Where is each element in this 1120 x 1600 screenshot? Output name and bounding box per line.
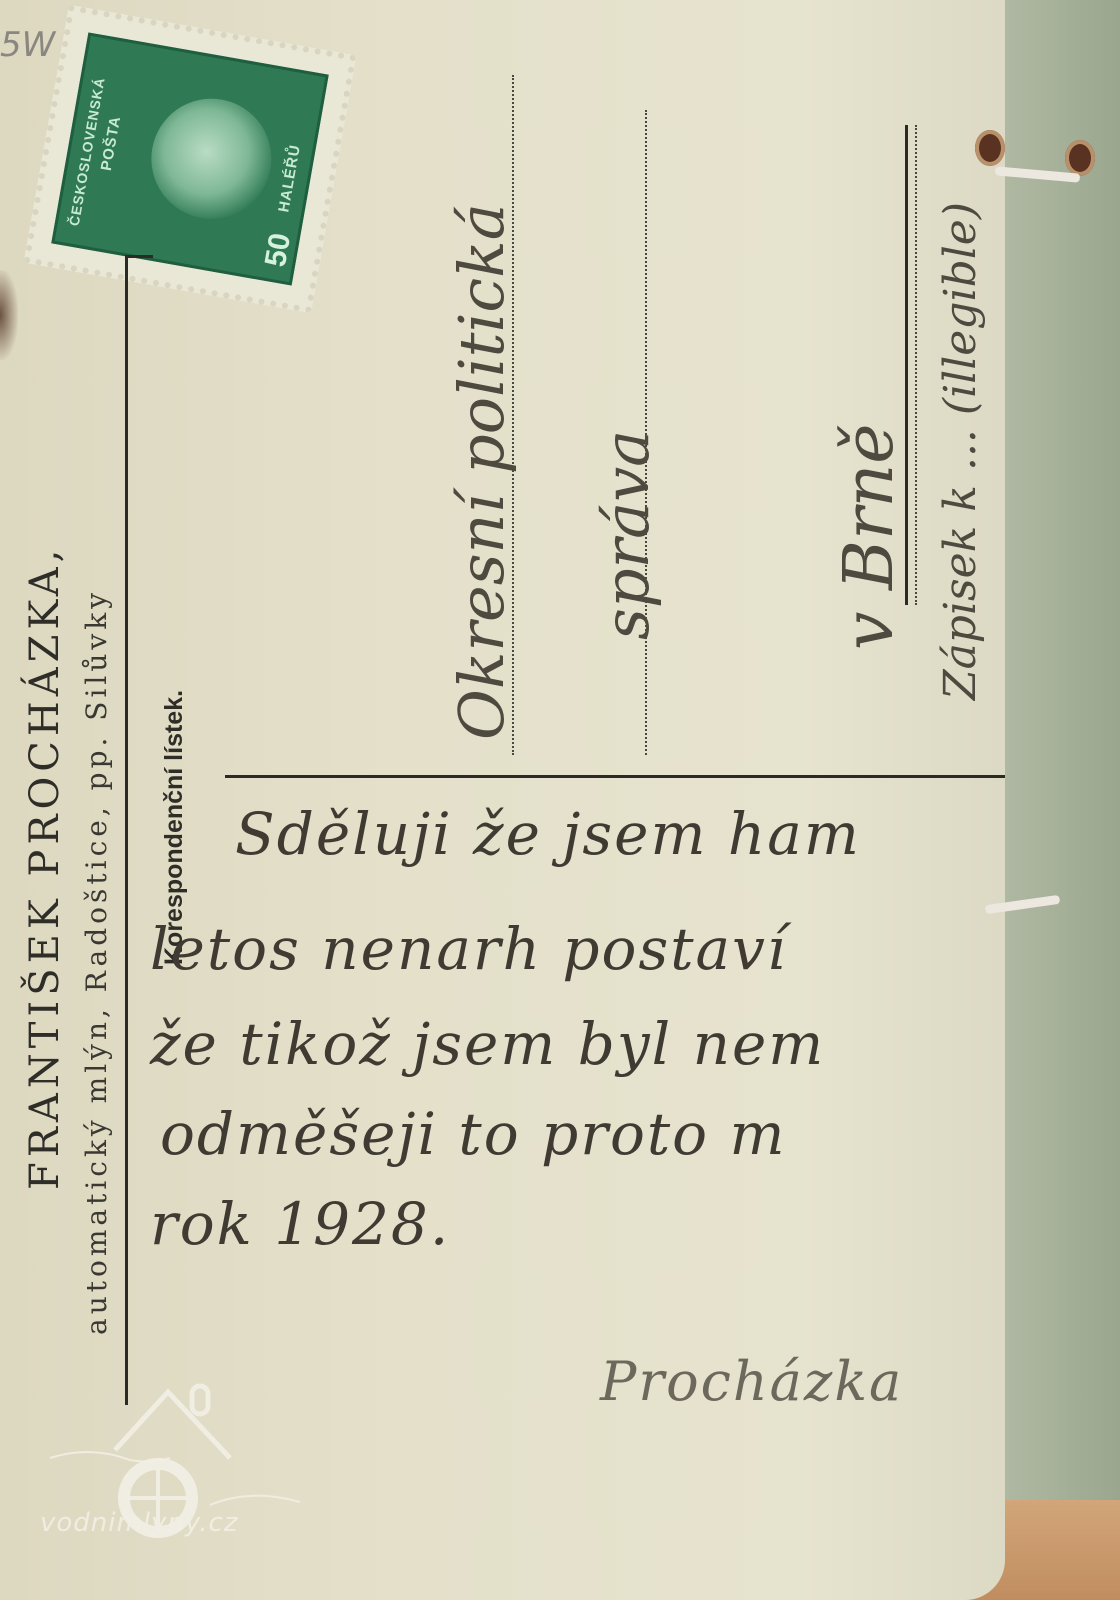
finger-shadow: [0, 270, 18, 360]
binding-hole-top: [975, 130, 1005, 166]
address-line-4-text: Zápisek k ... (illegible): [935, 202, 986, 700]
message-line-4: odměšeji to proto m: [160, 1100, 787, 1168]
message-line-5: rok 1928.: [150, 1190, 450, 1258]
album-hole-top: [1065, 140, 1095, 176]
watermark-text: vodnimlyny.cz: [40, 1508, 239, 1538]
divider-horizontal: [225, 775, 1005, 778]
stamp-value: 50: [259, 231, 298, 270]
signature: Procházka: [600, 1350, 903, 1413]
message-line-3: že tikož jsem byl nem: [150, 1010, 825, 1078]
postage-stamp: ČESKOSLOVENSKÁ POŠTA 50 HALÉŘŮ: [23, 5, 356, 314]
stamp-label: POŠTA: [98, 114, 124, 172]
message-line-1: Sděluji že jsem ham: [235, 800, 861, 868]
address-line-2-text: správa: [590, 430, 663, 640]
sender-address: automatický mlýn, Radoštice, pp. Silůvky: [80, 589, 113, 1335]
address-line-3: [915, 125, 917, 605]
stamp-unit: HALÉŘŮ: [275, 143, 304, 213]
stamp-frame: ČESKOSLOVENSKÁ POŠTA 50 HALÉŘŮ: [51, 32, 328, 285]
divider-vertical: [125, 255, 128, 1405]
sender-heading: FRANTIŠEK PROCHÁZKA,: [22, 545, 68, 1190]
postcard: 5W ČESKOSLOVENSKÁ POŠTA 50 HALÉŘŮ FRANTI…: [0, 0, 1005, 1600]
message-line-2: letos nenarh postaví: [150, 915, 787, 983]
divider-tick: [128, 255, 153, 258]
address-line-3-text: v Brně: [830, 423, 909, 650]
pencil-note: 5W: [0, 25, 55, 65]
address-line-1-text: Okresní politická: [445, 203, 518, 740]
portrait-icon: [142, 89, 281, 228]
